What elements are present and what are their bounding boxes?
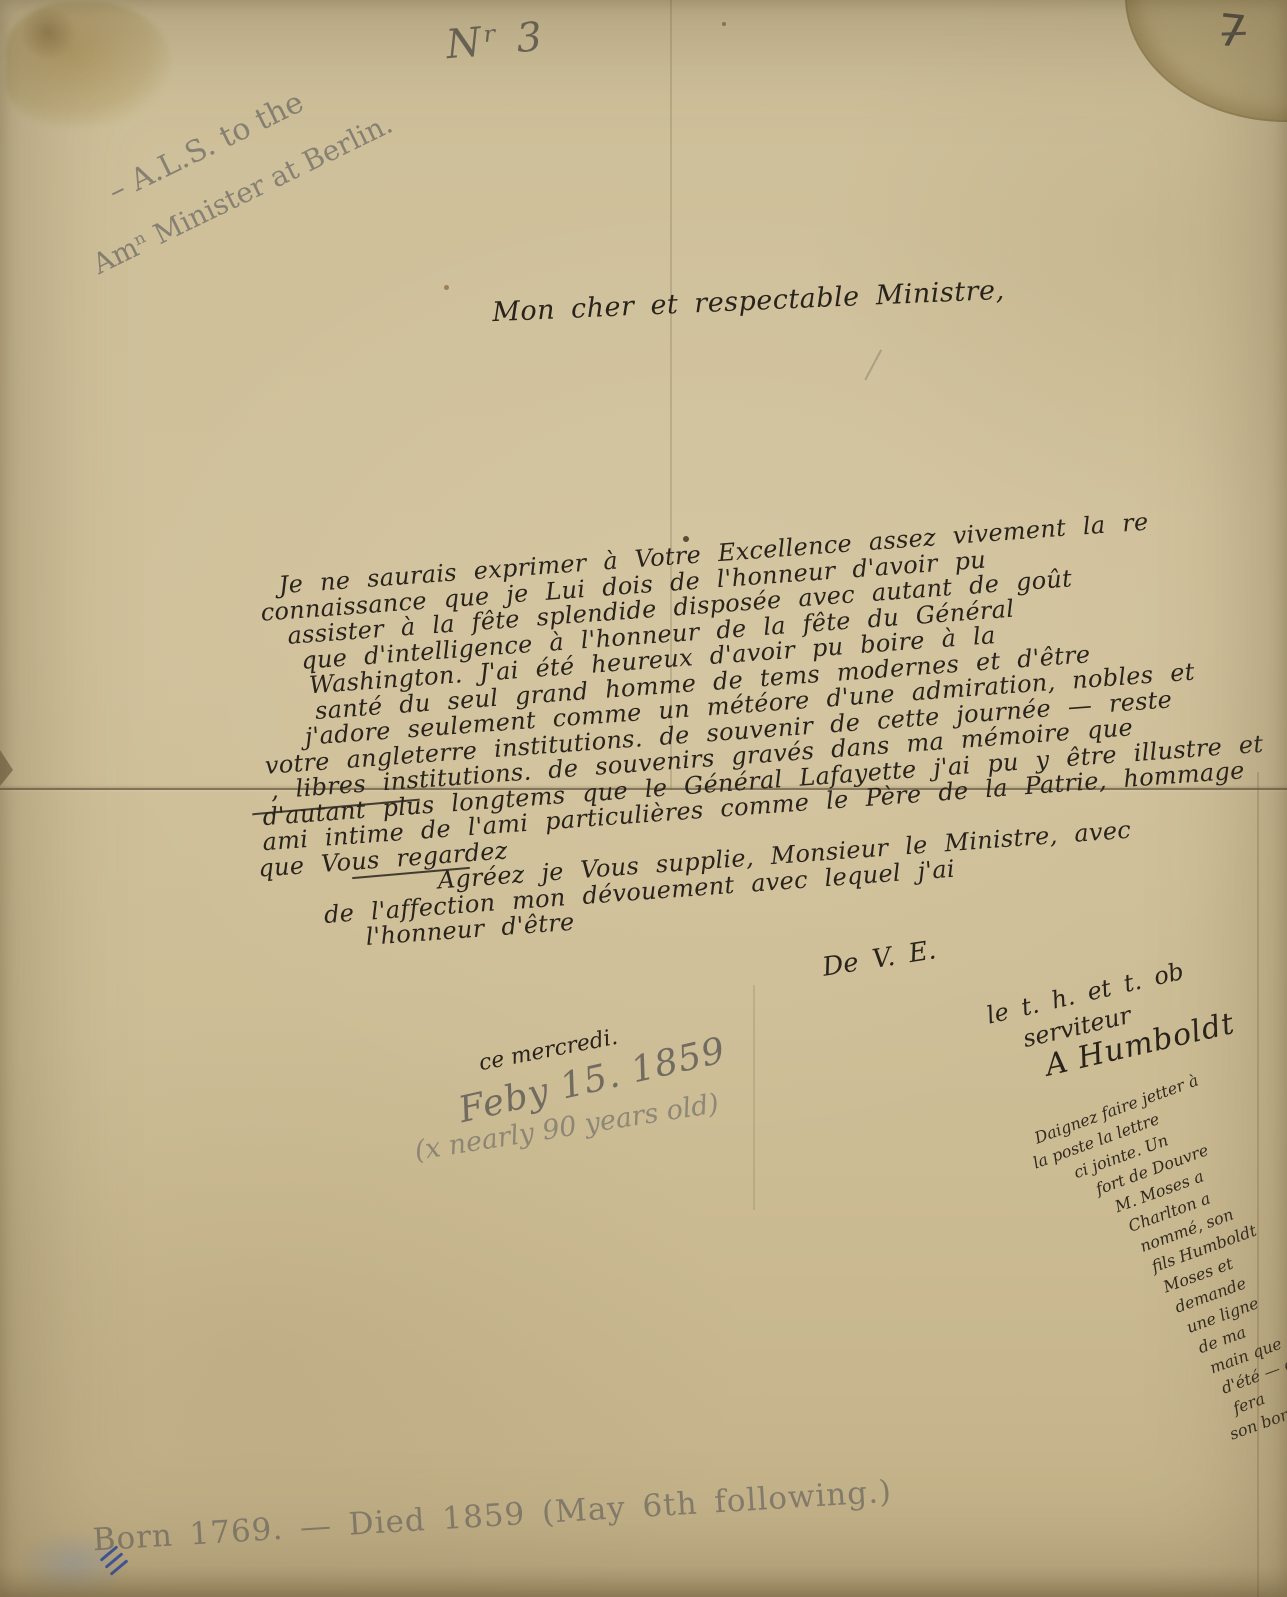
fold-crease-vertical-right — [1257, 772, 1259, 1597]
collection-number: Nʳ 3 — [444, 14, 547, 68]
fold-crease-vertical-middle — [753, 985, 755, 1210]
letter-scan-page: 7 Nʳ 3 – A.L.S. to the Amⁿ Minister at B… — [0, 0, 1287, 1597]
foxing-speck — [444, 285, 449, 290]
letter-body: Je ne saurais exprimer à Votre Excellenc… — [243, 501, 1287, 958]
pencil-scratch-mark — [864, 349, 881, 380]
foxing-speck — [722, 22, 726, 26]
stain-top-left-dark — [18, 8, 78, 58]
postscript-block: Daignez faire jetter à la poste la lettr… — [1003, 1063, 1287, 1484]
bottom-edge-shadow — [0, 1566, 1287, 1597]
page-number: 7 — [1215, 5, 1248, 59]
adhesive-patch-top-right — [1125, 0, 1287, 122]
valediction: De V. E. — [820, 935, 938, 983]
birth-death-annotation: Born 1769. — Died 1859 (May 6th followin… — [92, 1474, 893, 1559]
edge-tear-left — [0, 750, 13, 786]
salutation: Mon cher et respectable Ministre, — [492, 275, 1006, 328]
